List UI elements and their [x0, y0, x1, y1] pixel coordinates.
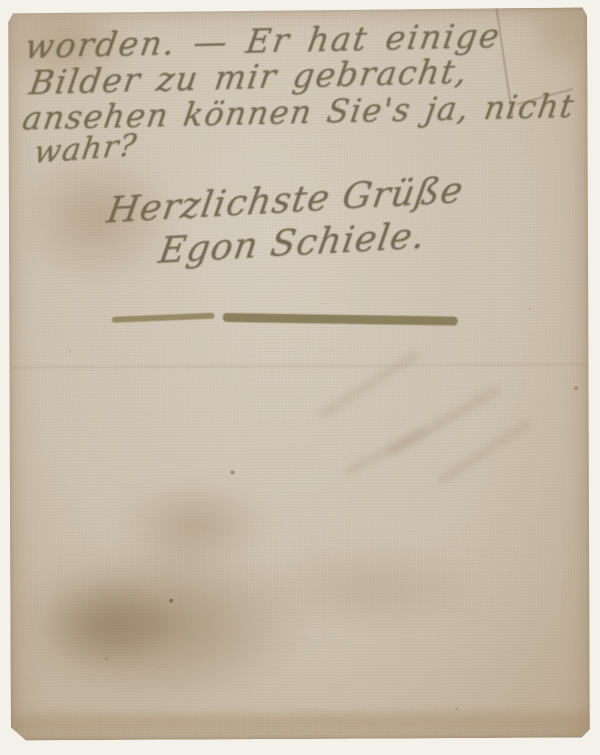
- smudge-streak: [343, 428, 426, 477]
- ink-stroke-long: [223, 313, 458, 326]
- stain-bottom-left: [12, 539, 313, 706]
- stain-top-right: [522, 7, 591, 73]
- letter-scan: worden. — Er hat einige Bilder zu mir ge…: [0, 0, 600, 755]
- smudge-streak: [316, 349, 422, 420]
- horizontal-fold-line: [9, 363, 589, 368]
- stain-bottom-left-core: [38, 578, 178, 674]
- paper-specks: [7, 11, 9, 13]
- handwriting-line-4: wahr?: [32, 127, 140, 171]
- paper-sheet: worden. — Er hat einige Bilder zu mir ge…: [7, 7, 591, 740]
- stain-bottom-middle: [245, 540, 495, 636]
- bottom-edge-discoloration: [11, 705, 591, 734]
- stain-middle-left: [115, 477, 275, 573]
- ink-stroke-short: [112, 313, 215, 323]
- smudge-streak: [436, 418, 532, 485]
